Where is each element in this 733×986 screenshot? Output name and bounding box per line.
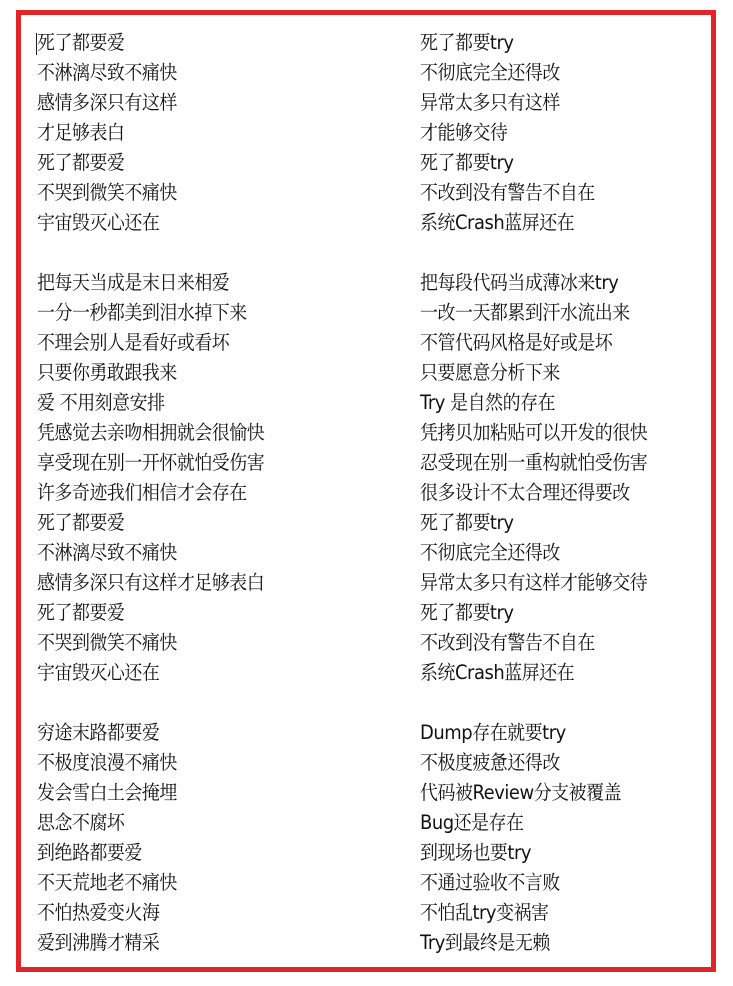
lyric-line: 一改一天都累到汗水流出来 (420, 298, 647, 328)
lyric-line: 不怕热爱变火海 (37, 898, 264, 928)
lyric-line: 不天荒地老不痛快 (37, 868, 264, 898)
lyric-line: 凭感觉去亲吻相拥就会很愉快 (37, 418, 264, 448)
original-lyrics-column[interactable]: 死了都要爱不淋漓尽致不痛快感情多深只有这样才足够表白死了都要爱不哭到微笑不痛快宇… (37, 28, 284, 958)
lyric-line: 一分一秒都美到泪水掉下来 (37, 298, 264, 328)
lyric-line: Try 是自然的存在 (420, 388, 647, 418)
lyric-line: 才足够表白 (37, 118, 264, 148)
stanza-gap (420, 688, 667, 718)
lyric-line: Bug还是存在 (420, 808, 647, 838)
lyric-line: 发会雪白土会掩埋 (37, 778, 264, 808)
lyric-line: 异常太多只有这样才能够交待 (420, 568, 647, 598)
lyric-line: 死了都要爱 (37, 598, 264, 628)
parody-lyrics-column[interactable]: 死了都要try不彻底完全还得改异常太多只有这样才能够交待死了都要try不改到没有… (420, 28, 667, 958)
lyric-line: 不哭到微笑不痛快 (37, 178, 264, 208)
lyric-line: 很多设计不太合理还得要改 (420, 478, 647, 508)
lyric-line: 不淋漓尽致不痛快 (37, 538, 264, 568)
stanza-gap (420, 238, 667, 268)
lyric-line: 不改到没有警告不自在 (420, 178, 647, 208)
lyric-line: 忍受现在别一重构就怕受伤害 (420, 448, 647, 478)
lyric-line: 穷途末路都要爱 (37, 718, 264, 748)
lyric-line: 不极度疲惫还得改 (420, 748, 647, 778)
lyric-line: 死了都要爱 (37, 28, 264, 58)
lyric-line: 只要你勇敢跟我来 (37, 358, 264, 388)
lyric-line: 不哭到微笑不痛快 (37, 628, 264, 658)
lyric-line: 才能够交待 (420, 118, 647, 148)
lyric-line: 思念不腐坏 (37, 808, 264, 838)
lyric-line: 异常太多只有这样 (420, 88, 647, 118)
lyric-line: 死了都要try (420, 148, 647, 178)
lyric-line: 不通过验收不言败 (420, 868, 647, 898)
lyric-line: 享受现在别一开怀就怕受伤害 (37, 448, 264, 478)
lyric-line: 到绝路都要爱 (37, 838, 264, 868)
lyric-line: 死了都要爱 (37, 508, 264, 538)
lyric-line: 系统Crash蓝屏还在 (420, 208, 647, 238)
lyrics-frame: 死了都要爱不淋漓尽致不痛快感情多深只有这样才足够表白死了都要爱不哭到微笑不痛快宇… (16, 10, 716, 972)
lyric-line: 系统Crash蓝屏还在 (420, 658, 647, 688)
lyric-line: 代码被Review分支被覆盖 (420, 778, 647, 808)
lyric-line: 不彻底完全还得改 (420, 538, 647, 568)
lyric-line: 不怕乱try变祸害 (420, 898, 647, 928)
lyric-line: 死了都要try (420, 28, 647, 58)
lyric-line: 死了都要爱 (37, 148, 264, 178)
lyric-line: 把每天当成是末日来相爱 (37, 268, 264, 298)
lyric-line: 不极度浪漫不痛快 (37, 748, 264, 778)
lyric-line: Try到最终是无赖 (420, 928, 647, 958)
lyric-line: 死了都要try (420, 508, 647, 538)
lyric-line: 爱到沸腾才精采 (37, 928, 264, 958)
lyric-line: 宇宙毁灭心还在 (37, 208, 264, 238)
lyric-line: 凭拷贝加粘贴可以开发的很快 (420, 418, 647, 448)
lyric-line: 不理会别人是看好或看坏 (37, 328, 264, 358)
stanza-gap (37, 688, 284, 718)
lyric-line: 不淋漓尽致不痛快 (37, 58, 264, 88)
lyric-line: 感情多深只有这样才足够表白 (37, 568, 264, 598)
lyric-line: Dump存在就要try (420, 718, 647, 748)
lyric-line: 感情多深只有这样 (37, 88, 264, 118)
lyric-line: 到现场也要try (420, 838, 647, 868)
lyric-line: 只要愿意分析下来 (420, 358, 647, 388)
lyric-line: 宇宙毁灭心还在 (37, 658, 264, 688)
lyric-line: 爱 不用刻意安排 (37, 388, 264, 418)
lyric-line: 把每段代码当成薄冰来try (420, 268, 647, 298)
lyric-line: 死了都要try (420, 598, 647, 628)
lyric-line: 不彻底完全还得改 (420, 58, 647, 88)
lyric-line: 许多奇迹我们相信才会存在 (37, 478, 264, 508)
lyric-line: 不改到没有警告不自在 (420, 628, 647, 658)
lyric-line: 不管代码风格是好或是坏 (420, 328, 647, 358)
stanza-gap (37, 238, 284, 268)
